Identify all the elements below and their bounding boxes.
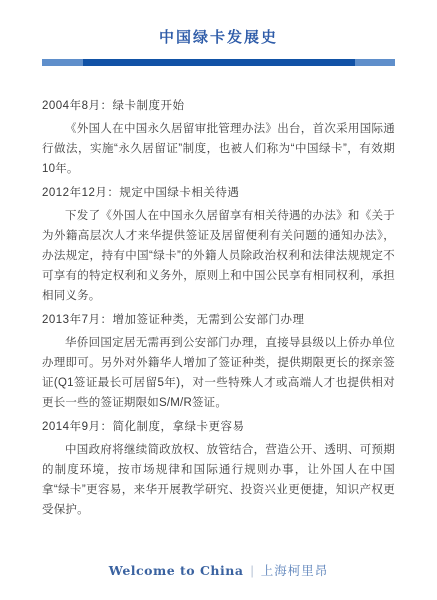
article-body: 2004年8月：绿卡制度开始 《外国人在中国永久居留审批管理办法》出台，首次采用… [42, 96, 395, 520]
accent-bar [42, 59, 395, 66]
timeline-section-2004: 2004年8月：绿卡制度开始 《外国人在中国永久居留审批管理办法》出台，首次采用… [42, 96, 395, 179]
section-paragraph: 中国政府将继续简政放权、放管结合，营造公开、透明、可预期的制度环境，按市场规律和… [42, 440, 395, 520]
accent-bar-left-segment [42, 59, 83, 66]
timeline-section-2013: 2013年7月：增加签证种类，无需到公安部门办理 华侨回国定居无需再到公安部门办… [42, 310, 395, 413]
timeline-section-2012: 2012年12月：规定中国绿卡相关待遇 下发了《外国人在中国永久居留享有相关待遇… [42, 183, 395, 306]
section-paragraph: 《外国人在中国永久居留审批管理办法》出台，首次采用国际通行做法，实施“永久居留证… [42, 119, 395, 179]
section-heading: 2012年12月：规定中国绿卡相关待遇 [42, 183, 395, 203]
page-title: 中国绿卡发展史 [0, 0, 437, 48]
footer-brand-cn: 上海柯里昂 [261, 564, 329, 578]
accent-bar-center-segment [83, 59, 355, 66]
document-footer: Welcome to China|上海柯里昂 [0, 563, 437, 579]
document-header: 中国绿卡发展史 [0, 0, 437, 66]
section-heading: 2004年8月：绿卡制度开始 [42, 96, 395, 116]
timeline-section-2014: 2014年9月：简化制度，拿绿卡更容易 中国政府将继续简政放权、放管结合，营造公… [42, 417, 395, 520]
footer-brand-en: Welcome to China [109, 563, 244, 578]
section-heading: 2014年9月：简化制度，拿绿卡更容易 [42, 417, 395, 437]
footer-divider: | [250, 564, 253, 578]
document-page: 中国绿卡发展史 2004年8月：绿卡制度开始 《外国人在中国永久居留审批管理办法… [0, 0, 437, 600]
section-paragraph: 下发了《外国人在中国永久居留享有相关待遇的办法》和《关于为外籍高层次人才来华提供… [42, 206, 395, 306]
section-paragraph: 华侨回国定居无需再到公安部门办理，直接导县级以上侨办单位办理即可。另外对外籍华人… [42, 333, 395, 413]
accent-bar-right-segment [355, 59, 395, 66]
section-heading: 2013年7月：增加签证种类，无需到公安部门办理 [42, 310, 395, 330]
